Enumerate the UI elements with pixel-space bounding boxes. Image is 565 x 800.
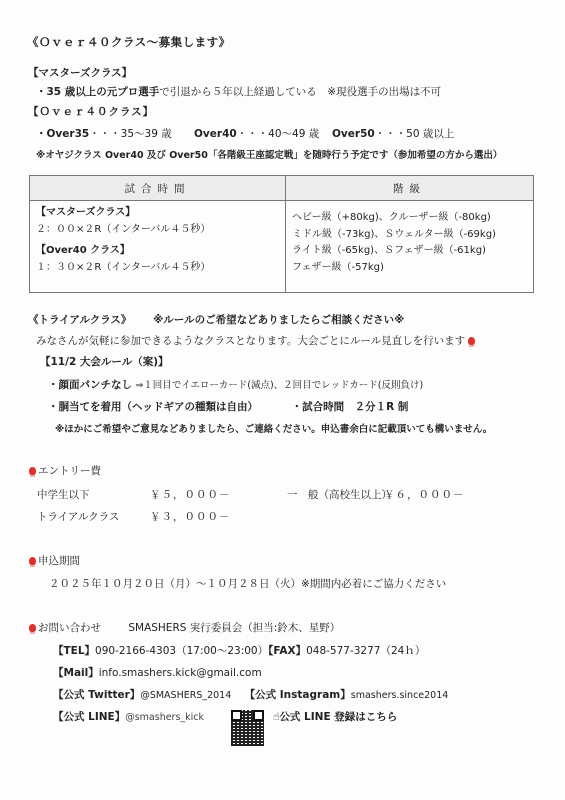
tel-number[interactable]: 090-2166-4303（17:00～23:00） (95, 645, 268, 657)
trial-rules-heading: 【11/2 大会ルール（案)】 (40, 354, 169, 369)
period-text: ２０２５年１０月２０日（月）～１０月２８日（火）※期間内必着にご協力ください (49, 576, 446, 591)
contact-mail-line: 【Mail】info.smashers.kick@gmail.com (53, 665, 262, 680)
line-register-cta[interactable]: ☝公式 LINE 登録はこちら (273, 709, 397, 724)
boxing-glove-icon (29, 557, 36, 565)
boxing-glove-icon (29, 467, 36, 475)
match-time-cell: 【マスターズクラス】 ２：００×２R（インターバル４５秒） 【Over40 クラ… (30, 201, 286, 293)
contact-heading: お問い合わせ SMASHERS 実行委員会（担当:鈴木、星野） (29, 620, 340, 635)
over40-age: Over40・・・40～49 歳 (194, 126, 319, 141)
fee-general-price: ￥６，０００－ (384, 487, 465, 502)
page-title: 《Ｏｖｅｒ４０クラス～募集します》 (27, 34, 231, 50)
period-heading: 申込期間 (29, 553, 80, 568)
trial-heading: 《トライアルクラス》 ※ルールのご希望などありましたらご相談ください※ (28, 312, 404, 327)
entry-fee-heading: エントリー費 (29, 463, 101, 478)
trial-rule-1: ・顔面パンチなし ⇒１回目でイエローカード(減点)、２回目でレッドカード(反則負… (48, 377, 423, 392)
trial-note: ※ほかにご希望やご意見などありましたら、ご連絡ください。申込書余白に記載頂いても… (55, 421, 492, 435)
contact-line-line: 【公式 LINE】@smashers_kick (53, 709, 204, 724)
masters-bullet-bold: ・35 歳以上の元プロ選手 (36, 86, 159, 98)
twitter-link[interactable]: @SMASHERS_2014 (140, 690, 231, 701)
over50-age: Over50・・・50 歳以上 (332, 126, 454, 141)
instagram-link[interactable]: smashers.since2014 (351, 690, 449, 701)
mail-link[interactable]: info.smashers.kick@gmail.com (99, 667, 262, 679)
masters-bullet: ・35 歳以上の元プロ選手で引退から５年以上経過している ※現役選手の出場は不可 (36, 84, 441, 99)
trial-rule-2: ・胴当てを着用（ヘッドギアの種類は自由） ・試合時間 ２分１R 制 (48, 399, 408, 414)
boxing-glove-icon (29, 624, 36, 632)
boxing-glove-icon (468, 337, 475, 345)
oyaji-note: ※オヤジクラス Over40 及び Over50「各階級王座認定戦」を随時行う予… (36, 147, 502, 161)
fee-trial-label: トライアルクラス (37, 509, 119, 524)
fee-general-label: 一 般（高校生以上） (287, 487, 392, 502)
masters-bullet-rest: で引退から５年以上経過している ※現役選手の出場は不可 (159, 86, 441, 98)
line-id[interactable]: @smashers_kick (125, 712, 204, 723)
line-qr-code[interactable] (231, 710, 264, 746)
contact-phone-line: 【TEL】090-2166-4303（17:00～23:00）【FAX】048-… (53, 643, 425, 658)
trial-intro: みなさんが気軽に参加できるようなクラスとなります。大会ごとにルール見直しを行いま… (36, 333, 477, 348)
fee-junior-label: 中学生以下 (37, 487, 90, 502)
over40-heading: 【Ｏｖｅｒ４０クラス】 (28, 104, 154, 119)
header-match-time: 試合時間 (30, 176, 286, 201)
fax-number: 048-577-3277（24ｈ） (306, 645, 425, 657)
weight-class-cell: ヘビー級（+80kg)、クルーザー級（-80kg) ミドル級（-73kg)、Ｓウ… (286, 201, 534, 293)
rules-table: 試合時間 階級 【マスターズクラス】 ２：００×２R（インターバル４５秒） 【O… (29, 175, 534, 293)
contact-sns-line: 【公式 Twitter】@SMASHERS_2014 【公式 Instagram… (53, 687, 448, 702)
fee-junior-price: ￥５，０００－ (150, 487, 231, 502)
contact-org: SMASHERS 実行委員会（担当:鈴木、星野） (128, 622, 340, 634)
masters-heading: 【マスターズクラス】 (28, 65, 132, 80)
fee-trial-price: ￥３，０００－ (150, 509, 231, 524)
over35-age: ・Over35・・・35～39 歳 (36, 126, 172, 141)
header-weight-class: 階級 (286, 176, 534, 201)
